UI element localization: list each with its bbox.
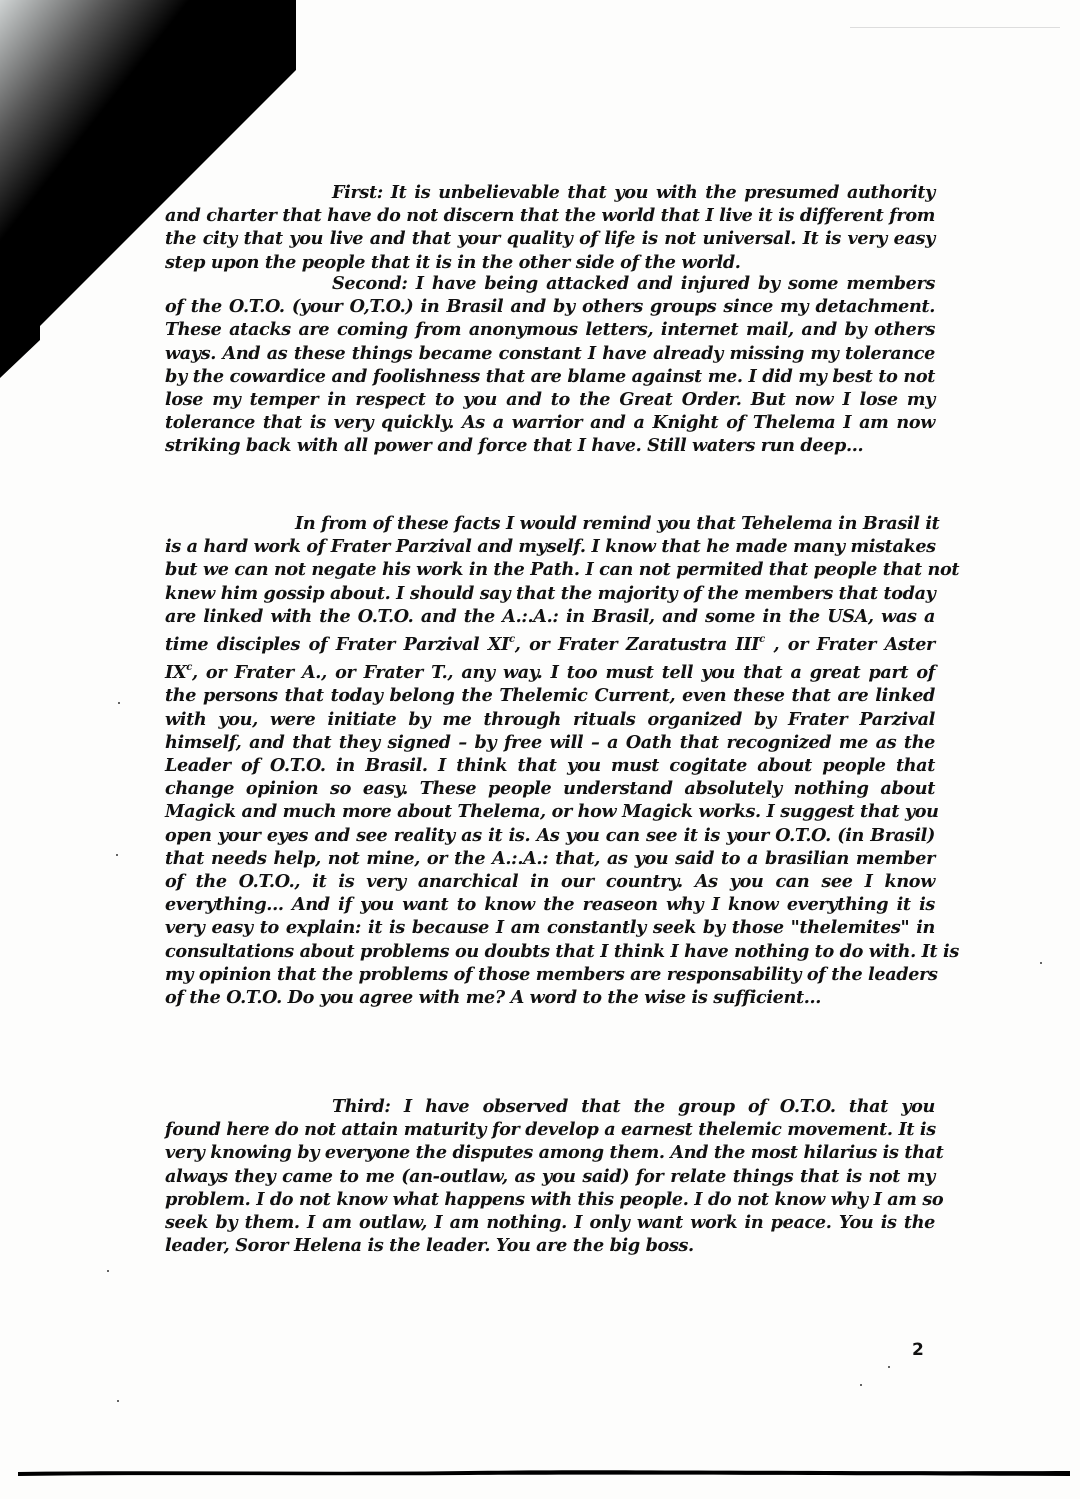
text-line: is a hard work of Frater Parzival and my…: [165, 535, 935, 558]
text-line: Leader of O.T.O. in Brasil. I think that…: [165, 754, 935, 777]
text-line: Second: I have being attacked and injure…: [165, 272, 935, 295]
text-line: are linked with the O.T.O. and the A.:.A…: [165, 605, 935, 628]
text-line: himself, and that they signed – by free …: [165, 731, 935, 754]
text-line: the city that you live and that your qua…: [165, 227, 935, 250]
text-line: change opinion so easy. These people und…: [165, 777, 935, 800]
text-line: of the O.T.O. (your O,T.O.) in Brasil an…: [165, 295, 935, 318]
text-line: and charter that have do not discern tha…: [165, 204, 935, 227]
scan-speck: [117, 1400, 119, 1402]
text-line: knew him gossip about. I should say that…: [165, 582, 935, 605]
text-line: First: It is unbelievable that you with …: [165, 181, 935, 204]
text-line: striking back with all power and force t…: [165, 434, 935, 457]
text-line: with you, were initiate by me through ri…: [165, 708, 935, 731]
text-line: time disciples of Frater Parzival XIc, o…: [165, 628, 935, 656]
text-line: very easy to explain: it is because I am…: [165, 916, 935, 939]
scan-speck: [860, 1384, 862, 1386]
text-line: open your eyes and see reality as it is.…: [165, 824, 935, 847]
text-line: my opinion that the problems of those me…: [165, 963, 935, 986]
text-line: leader, Soror Helena is the leader. You …: [165, 1234, 935, 1257]
text-line: by the cowardice and foolishness that ar…: [165, 365, 935, 388]
bottom-rule: [18, 1469, 1070, 1477]
text-line: Magick and much more about Thelema, or h…: [165, 800, 935, 823]
scan-speck: [1040, 962, 1042, 964]
text-line: In from of these facts I would remind yo…: [165, 512, 935, 535]
text-line: very knowing by everyone the disputes am…: [165, 1141, 935, 1164]
text-line: problem. I do not know what happens with…: [165, 1188, 935, 1211]
text-line: ways. And as these things became constan…: [165, 342, 935, 365]
scan-artifact-line: [850, 27, 1060, 28]
text-line: but we can not negate his work in the Pa…: [165, 558, 935, 581]
paragraph-third: Third: I have observed that the group of…: [165, 1095, 935, 1257]
text-line: found here do not attain maturity for de…: [165, 1118, 935, 1141]
text-line: consultations about problems ou doubts t…: [165, 940, 935, 963]
text-line: of the O.T.O. Do you agree with me? A wo…: [165, 986, 935, 1009]
text-line: seek by them. I am outlaw, I am nothing.…: [165, 1211, 935, 1234]
paragraph-second: Second: I have being attacked and injure…: [165, 272, 935, 458]
text-line: IXc, or Frater A., or Frater T., any way…: [165, 656, 935, 684]
text-line: These atacks are coming from anonymous l…: [165, 318, 935, 341]
text-line: of the O.T.O., it is very anarchical in …: [165, 870, 935, 893]
text-line: lose my temper in respect to you and to …: [165, 388, 935, 411]
text-line: everything... And if you want to know th…: [165, 893, 935, 916]
paragraph-facts: In from of these facts I would remind yo…: [165, 512, 935, 1009]
text-line: always they came to me (an-outlaw, as yo…: [165, 1165, 935, 1188]
paragraph-first: First: It is unbelievable that you with …: [165, 181, 935, 274]
text-line: that needs help, not mine, or the A.:.A.…: [165, 847, 935, 870]
scan-speck: [888, 1366, 890, 1368]
text-line: step upon the people that it is in the o…: [165, 251, 935, 274]
scan-speck: [107, 1270, 109, 1272]
scan-speck: [116, 854, 118, 856]
text-line: the persons that today belong the Thelem…: [165, 684, 935, 707]
scan-speck: [118, 702, 120, 704]
text-line: tolerance that is very quickly. As a war…: [165, 411, 935, 434]
text-line: Third: I have observed that the group of…: [165, 1095, 935, 1118]
page-number: 2: [912, 1340, 924, 1360]
